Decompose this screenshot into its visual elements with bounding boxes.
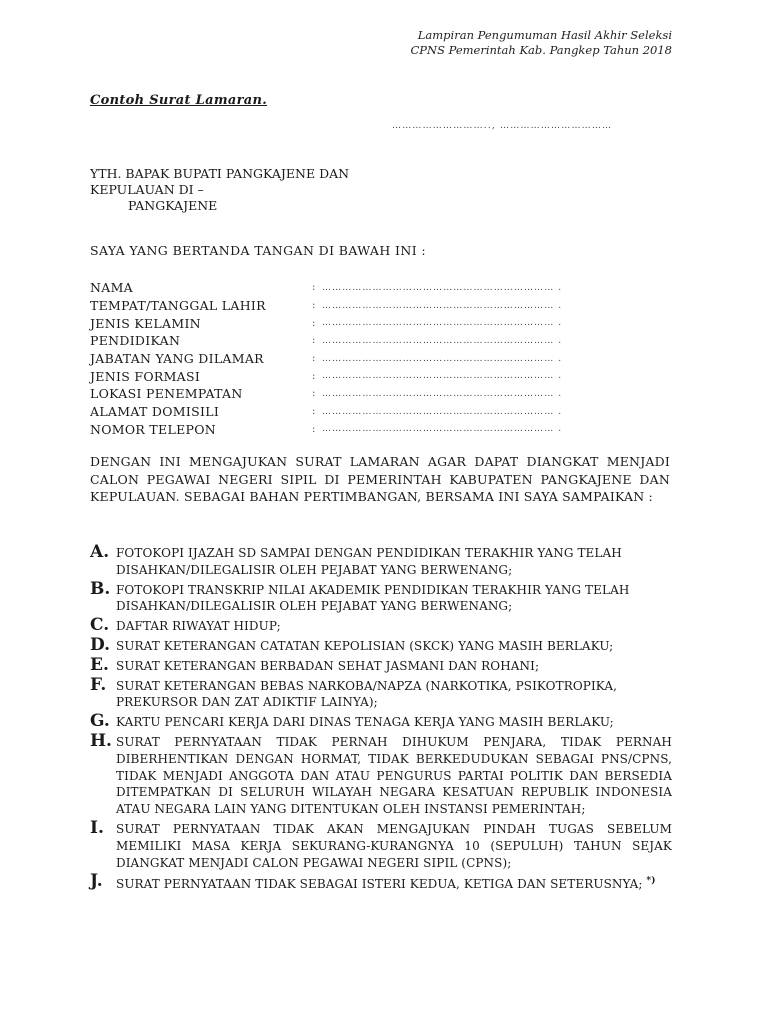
requirement-letter: J. <box>90 873 116 890</box>
requirement-letter: H. <box>90 733 116 750</box>
intro-statement: SAYA YANG BERTANDA TANGAN DI BAWAH INI : <box>90 243 426 258</box>
field-colon: : <box>312 388 322 399</box>
requirement-text: FOTOKOPI TRANSKRIP NILAI AKADEMIK PENDID… <box>116 581 672 616</box>
requirement-text: DAFTAR RIWAYAT HIDUP; <box>116 617 672 635</box>
field-blank: …………………………………………………………… . <box>322 354 562 364</box>
requirement-letter: I. <box>90 820 116 837</box>
header-note-line2: CPNS Pemerintah Kab. Pangkep Tahun 2018 <box>410 43 672 58</box>
field-row: LOKASI PENEMPATAN : ……………………………………………………… <box>90 385 562 403</box>
requirement-item: H. SURAT PERNYATAAN TIDAK PERNAH DIHUKUM… <box>90 733 672 818</box>
recipient-line1: YTH. BAPAK BUPATI PANGKAJENE DAN <box>90 166 349 182</box>
requirement-text-wrapper: SURAT PERNYATAAN TIDAK SEBAGAI ISTERI KE… <box>116 869 672 896</box>
requirement-item: I. SURAT PERNYATAAN TIDAK AKAN MENGAJUKA… <box>90 820 672 871</box>
field-colon: : <box>312 335 322 346</box>
requirement-letter: G. <box>90 713 116 730</box>
requirements-list: A. FOTOKOPI IJAZAH SD SAMPAI DENGAN PEND… <box>90 544 672 898</box>
field-blank: …………………………………………………………… . <box>322 301 562 311</box>
field-label: LOKASI PENEMPATAN <box>90 386 312 401</box>
requirement-text: KARTU PENCARI KERJA DARI DINAS TENAGA KE… <box>116 713 672 731</box>
field-row: JABATAN YANG DILAMAR : ……………………………………………… <box>90 350 562 368</box>
requirement-text: FOTOKOPI IJAZAH SD SAMPAI DENGAN PENDIDI… <box>116 544 672 579</box>
header-note-line1: Lampiran Pengumuman Hasil Akhir Seleksi <box>410 28 672 43</box>
recipient-line3: PANGKAJENE <box>90 198 349 214</box>
requirement-text: SURAT KETERANGAN BEBAS NARKOBA/NAPZA (NA… <box>116 677 672 712</box>
field-colon: : <box>312 353 322 364</box>
application-paragraph: DENGAN INI MENGAJUKAN SURAT LAMARAN AGAR… <box>90 453 670 506</box>
field-row: NAMA : …………………………………………………………… . <box>90 279 562 297</box>
requirement-item: D. SURAT KETERANGAN CATATAN KEPOLISIAN (… <box>90 637 672 655</box>
requirement-item: B. FOTOKOPI TRANSKRIP NILAI AKADEMIK PEN… <box>90 581 672 616</box>
requirement-item: A. FOTOKOPI IJAZAH SD SAMPAI DENGAN PEND… <box>90 544 672 579</box>
date-line: ……………………….., …………………………… <box>392 121 612 131</box>
field-colon: : <box>312 318 322 329</box>
requirement-item: E. SURAT KETERANGAN BERBADAN SEHAT JASMA… <box>90 657 672 675</box>
field-row: JENIS KELAMIN : …………………………………………………………… … <box>90 314 562 332</box>
requirement-text: SURAT KETERANGAN BERBADAN SEHAT JASMANI … <box>116 657 672 675</box>
requirement-item: G. KARTU PENCARI KERJA DARI DINAS TENAGA… <box>90 713 672 731</box>
requirement-text: SURAT KETERANGAN CATATAN KEPOLISIAN (SKC… <box>116 637 672 655</box>
requirement-letter: A. <box>90 544 116 561</box>
field-label: NOMOR TELEPON <box>90 422 312 437</box>
field-label: JENIS FORMASI <box>90 369 312 384</box>
field-label: JABATAN YANG DILAMAR <box>90 351 312 366</box>
field-blank: …………………………………………………………… . <box>322 318 562 328</box>
requirement-letter: D. <box>90 637 116 654</box>
document-page: Lampiran Pengumuman Hasil Akhir Seleksi … <box>0 0 768 1024</box>
requirement-item: C. DAFTAR RIWAYAT HIDUP; <box>90 617 672 635</box>
field-blank: …………………………………………………………… . <box>322 407 562 417</box>
requirement-letter: C. <box>90 617 116 634</box>
requirement-item: F. SURAT KETERANGAN BEBAS NARKOBA/NAPZA … <box>90 677 672 712</box>
header-note: Lampiran Pengumuman Hasil Akhir Seleksi … <box>410 28 672 58</box>
recipient-block: YTH. BAPAK BUPATI PANGKAJENE DAN KEPULAU… <box>90 166 349 214</box>
footnote-marker: *) <box>646 876 655 886</box>
field-blank: …………………………………………………………… . <box>322 371 562 381</box>
field-colon: : <box>312 282 322 293</box>
field-colon: : <box>312 371 322 382</box>
field-label: NAMA <box>90 280 312 295</box>
requirement-text: SURAT PERNYATAAN TIDAK SEBAGAI ISTERI KE… <box>116 877 643 891</box>
requirement-text: SURAT PERNYATAAN TIDAK AKAN MENGAJUKAN P… <box>116 820 672 871</box>
field-label: TEMPAT/TANGGAL LAHIR <box>90 298 312 313</box>
requirement-item: J. SURAT PERNYATAAN TIDAK SEBAGAI ISTERI… <box>90 873 672 896</box>
requirement-letter: E. <box>90 657 116 674</box>
field-row: NOMOR TELEPON : …………………………………………………………… … <box>90 421 562 439</box>
field-label: PENDIDIKAN <box>90 333 312 348</box>
field-blank: …………………………………………………………… . <box>322 424 562 434</box>
field-row: JENIS FORMASI : …………………………………………………………… … <box>90 367 562 385</box>
requirement-letter: F. <box>90 677 116 694</box>
field-row: TEMPAT/TANGGAL LAHIR : ……………………………………………… <box>90 297 562 315</box>
recipient-line2: KEPULAUAN DI – <box>90 182 349 198</box>
requirement-letter: B. <box>90 581 116 598</box>
field-row: PENDIDIKAN : …………………………………………………………… . <box>90 332 562 350</box>
field-colon: : <box>312 406 322 417</box>
page-title: Contoh Surat Lamaran. <box>90 93 267 108</box>
applicant-fields: NAMA : …………………………………………………………… . TEMPAT/… <box>90 279 562 438</box>
field-label: JENIS KELAMIN <box>90 316 312 331</box>
field-colon: : <box>312 300 322 311</box>
requirement-text: SURAT PERNYATAAN TIDAK PERNAH DIHUKUM PE… <box>116 733 672 818</box>
field-colon: : <box>312 424 322 435</box>
field-blank: …………………………………………………………… . <box>322 389 562 399</box>
field-label: ALAMAT DOMISILI <box>90 404 312 419</box>
field-blank: …………………………………………………………… . <box>322 283 562 293</box>
field-blank: …………………………………………………………… . <box>322 336 562 346</box>
field-row: ALAMAT DOMISILI : …………………………………………………………… <box>90 403 562 421</box>
